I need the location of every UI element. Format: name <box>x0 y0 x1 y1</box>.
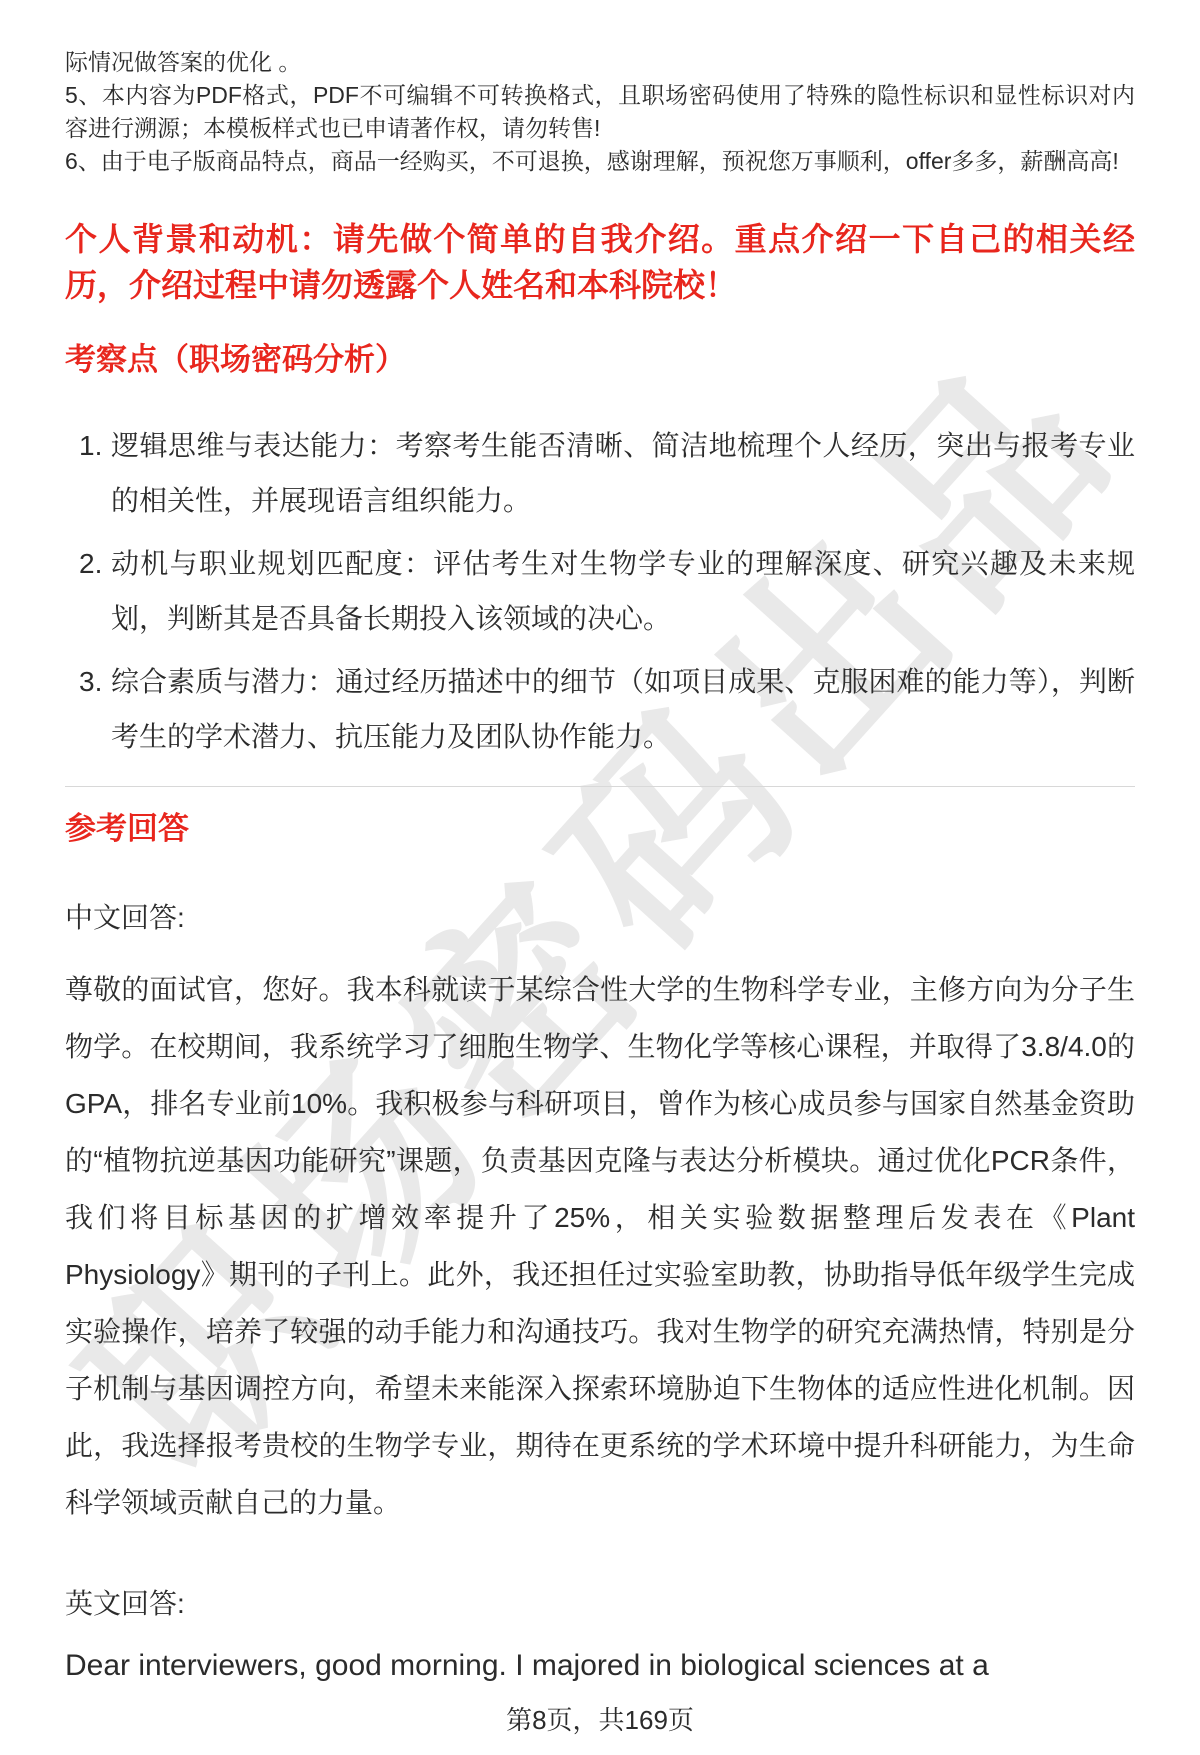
list-item-number: 1. <box>65 418 111 473</box>
list-item-text: 逻辑思维与表达能力：考察考生能否清晰、简洁地梳理个人经历，突出与报考专业的相关性… <box>111 418 1135 528</box>
section-divider <box>65 786 1135 787</box>
english-answer-text: Dear interviewers, good morning. I major… <box>65 1647 1135 1685</box>
list-item-text: 动机与职业规划匹配度：评估考生对生物学专业的理解深度、研究兴趣及未来规划，判断其… <box>111 536 1135 646</box>
list-item: 1. 逻辑思维与表达能力：考察考生能否清晰、简洁地梳理个人经历，突出与报考专业的… <box>65 418 1135 528</box>
list-item-text: 综合素质与潜力：通过经历描述中的细节（如项目成果、克服困难的能力等），判断考生的… <box>111 654 1135 764</box>
notice-item-5: 5、本内容为PDF格式，PDF不可编辑不可转换格式，且职场密码使用了特殊的隐性标… <box>65 79 1135 145</box>
reference-answer-heading: 参考回答 <box>65 807 1135 851</box>
document-page: 际情况做答案的优化 。 5、本内容为PDF格式，PDF不可编辑不可转换格式，且职… <box>0 0 1200 1737</box>
list-item-number: 2. <box>65 536 111 591</box>
interview-question-heading: 个人背景和动机：请先做个简单的自我介绍。重点介绍一下自己的相关经历，介绍过程中请… <box>65 216 1135 308</box>
list-item-number: 3. <box>65 654 111 709</box>
chinese-answer-label: 中文回答: <box>65 901 1135 935</box>
chinese-answer-text: 尊敬的面试官，您好。我本科就读于某综合性大学的生物科学专业，主修方向为分子生物学… <box>65 961 1135 1531</box>
page-number-footer: 第8页，共169页 <box>65 1703 1135 1737</box>
notice-intro-line: 际情况做答案的优化 。 <box>65 46 1135 79</box>
notice-item-6: 6、由于电子版商品特点，商品一经购买，不可退换，感谢理解，预祝您万事顺利，off… <box>65 145 1135 178</box>
analysis-points-list: 1. 逻辑思维与表达能力：考察考生能否清晰、简洁地梳理个人经历，突出与报考专业的… <box>65 418 1135 764</box>
english-answer-label: 英文回答: <box>65 1587 1135 1621</box>
analysis-section-heading: 考察点（职场密码分析） <box>65 338 1135 382</box>
list-item: 3. 综合素质与潜力：通过经历描述中的细节（如项目成果、克服困难的能力等），判断… <box>65 654 1135 764</box>
list-item: 2. 动机与职业规划匹配度：评估考生对生物学专业的理解深度、研究兴趣及未来规划，… <box>65 536 1135 646</box>
